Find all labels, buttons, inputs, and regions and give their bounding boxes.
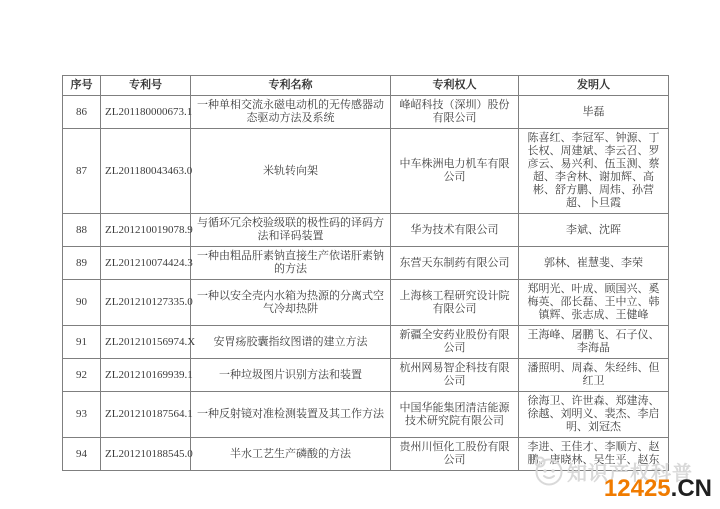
patent-number: ZL201210188545.0 [101,438,191,471]
watermark-site-url: 12425.CN [604,477,712,501]
table-header-row: 序号专利号专利名称专利权人发明人 [63,76,669,96]
patent-title: 安胃疡胶囊指纹图谱的建立方法 [191,326,391,359]
patent-owner: 上海核工程研究设计院有限公司 [391,280,519,326]
inventors: 毕磊 [519,96,669,129]
column-header: 专利名称 [191,76,391,96]
column-header: 发明人 [519,76,669,96]
patent-title: 米轨转向架 [191,129,391,214]
patent-number: ZL201180043463.0 [101,129,191,214]
patent-title: 一种由粗品肝素钠直接生产依诺肝素钠的方法 [191,247,391,280]
patent-title: 一种以安全壳内水箱为热源的分离式空气冷却热阱 [191,280,391,326]
column-header: 序号 [63,76,101,96]
inventors: 陈喜红、李冠军、钟源、丁长权、周建斌、李云召、罗彦云、易兴利、伍玉测、蔡超、李舍… [519,129,669,214]
patent-table: 序号专利号专利名称专利权人发明人 86ZL201180000673.1一种单相交… [62,75,669,471]
inventors: 李斌、沈晖 [519,214,669,247]
patent-title: 一种反射镜对准检测装置及其工作方法 [191,392,391,438]
table-row: 91ZL201210156974.X安胃疡胶囊指纹图谱的建立方法新疆全安药业股份… [63,326,669,359]
row-number: 88 [63,214,101,247]
table-row: 93ZL201210187564.1一种反射镜对准检测装置及其工作方法中国华能集… [63,392,669,438]
patent-owner: 新疆全安药业股份有限公司 [391,326,519,359]
patent-owner: 中国华能集团清洁能源技术研究院有限公司 [391,392,519,438]
row-number: 93 [63,392,101,438]
patent-owner: 华为技术有限公司 [391,214,519,247]
row-number: 87 [63,129,101,214]
row-number: 90 [63,280,101,326]
patent-owner: 东营天东制药有限公司 [391,247,519,280]
row-number: 86 [63,96,101,129]
patent-title: 半水工艺生产磷酸的方法 [191,438,391,471]
column-header: 专利号 [101,76,191,96]
smiley-face-icon [532,455,564,487]
column-header: 专利权人 [391,76,519,96]
row-number: 94 [63,438,101,471]
table-row: 90ZL201210127335.0一种以安全壳内水箱为热源的分离式空气冷却热阱… [63,280,669,326]
inventors: 郑明光、叶成、顾国兴、奚梅英、邵长磊、王中立、韩镇辉、张志成、王健峰 [519,280,669,326]
patent-number: ZL201210187564.1 [101,392,191,438]
patent-owner: 峰岹科技（深圳）股份有限公司 [391,96,519,129]
table-body: 86ZL201180000673.1一种单相交流永磁电动机的无传感器动态驱动方法… [63,96,669,471]
inventors: 潘照明、周森、朱经纬、但红卫 [519,359,669,392]
table-row: 92ZL201210169939.1一种垃圾图片识别方法和装置杭州网易智企科技有… [63,359,669,392]
patent-title: 与循环冗余校验级联的极性码的译码方法和译码装置 [191,214,391,247]
inventors: 徐海卫、许世森、郑建涛、徐越、刘明义、裴杰、李启明、刘冠杰 [519,392,669,438]
watermark: 知识产权科普 12425.CN [532,453,712,501]
watermark-site-number: 12425 [604,475,671,502]
table-row: 89ZL201210074424.3一种由粗品肝素钠直接生产依诺肝素钠的方法东营… [63,247,669,280]
patent-owner: 中车株洲电力机车有限公司 [391,129,519,214]
row-number: 92 [63,359,101,392]
patent-number: ZL201210156974.X [101,326,191,359]
inventors: 王海峰、屠鹏飞、石子仪、李海晶 [519,326,669,359]
table-row: 88ZL201210019078.9与循环冗余校验级联的极性码的译码方法和译码装… [63,214,669,247]
inventors: 郭林、崔慧斐、李荣 [519,247,669,280]
patent-title: 一种单相交流永磁电动机的无传感器动态驱动方法及系统 [191,96,391,129]
patent-title: 一种垃圾图片识别方法和装置 [191,359,391,392]
document-page: 序号专利号专利名称专利权人发明人 86ZL201180000673.1一种单相交… [0,0,720,509]
table-row: 87ZL201180043463.0米轨转向架中车株洲电力机车有限公司陈喜红、李… [63,129,669,214]
watermark-site-tld: .CN [671,475,712,502]
patent-number: ZL201210019078.9 [101,214,191,247]
table-row: 86ZL201180000673.1一种单相交流永磁电动机的无传感器动态驱动方法… [63,96,669,129]
patent-number: ZL201210169939.1 [101,359,191,392]
patent-owner: 贵州川恒化工股份有限公司 [391,438,519,471]
patent-number: ZL201210074424.3 [101,247,191,280]
row-number: 91 [63,326,101,359]
patent-number: ZL201180000673.1 [101,96,191,129]
patent-number: ZL201210127335.0 [101,280,191,326]
row-number: 89 [63,247,101,280]
patent-owner: 杭州网易智企科技有限公司 [391,359,519,392]
